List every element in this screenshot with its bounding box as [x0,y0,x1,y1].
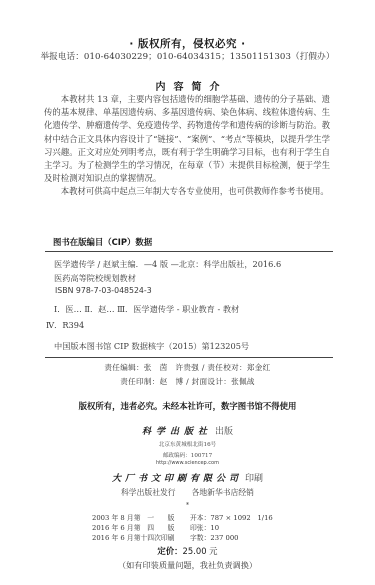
price-value: 25.00 元 [183,546,218,556]
publisher-name: 科学出版社 [142,427,212,437]
staff-editors: 责任编辑：张 茵 许贵强 / 责任校对：郑金红 [0,362,375,373]
staff-production: 责任印制：赵 博 / 封面设计：张佩战 [0,376,375,387]
printer-line: 大厂书文印刷有限公司 印刷 [0,471,375,484]
publisher-line: 科学出版社 出版 [0,424,375,437]
summary-title: 内容简介 [0,78,375,93]
summary-paragraph-2: 本教材可供高中起点三年制大专各专业使用，也可供教师作参考书使用。 [44,185,330,198]
edition-row: 2016 年 6 月第十四次印刷 字数：237 000 [92,532,273,542]
publisher-website: http://www.sciencep.com [0,460,375,466]
edition-date: 2003 年 8 月第 一 版 [92,512,190,522]
edition-date: 2016 年 6 月第十四次印刷 [92,532,190,542]
cip-bibliographic-line: 医学遗传学 / 赵斌主编．—4 版 —北京：科学出版社，2016.6 [54,259,281,270]
edition-spec: 印张：10 [190,522,273,532]
exchange-note: （如有印装质量问题，我社负责调换） [0,560,375,571]
cip-record-number: 中国版本图书馆 CIP 数据核字（2015）第123205号 [54,341,249,352]
report-phone-line: 举报电话：010-64030229；010-64034315；135011513… [0,50,375,62]
edition-spec: 开本：787 × 1092 1/16 [190,512,273,522]
publisher-suffix: 出版 [215,427,233,437]
copyright-notice-title: · 版权所有，侵权必究 · [0,36,375,51]
edition-spec: 字数：237 000 [190,532,273,542]
edition-date: 2016 年 6 月第 四 版 [92,522,190,532]
cip-series-line: 医药高等院校规划教材 [54,273,136,284]
price-line: 定价：25.00 元 [0,545,375,557]
cip-classification: Ⅰ．医… Ⅱ．赵… Ⅲ．医学遗传学 - 职业教育 - 教材 [54,304,239,315]
publisher-postcode: 邮政编码：100717 [0,451,375,459]
cip-bottom-divider [45,357,333,358]
distribution-issuer: 科学出版社发行 [121,488,176,497]
distribution-line: 科学出版社发行各地新华书店经销 [0,487,375,498]
printer-suffix: 印刷 [245,474,263,484]
cip-isbn: ISBN 978-7-03-048524-3 [55,286,152,295]
copyright-warning: 版权所有，违者必究。未经本社许可，数字图书馆不得使用 [0,400,375,412]
cip-heading: 图书在版编目（CIP）数据 [53,236,152,248]
cip-classification-code: Ⅳ．R394 [46,320,84,331]
edition-row: 2016 年 6 月第 四 版 印张：10 [92,522,273,532]
publisher-address: 北京东黄城根北街16号 [0,440,375,448]
separator-asterisk: * [0,502,375,509]
price-label: 定价： [157,546,182,556]
cip-top-divider [45,251,333,252]
distribution-seller: 各地新华书店经销 [192,488,254,497]
edition-row: 2003 年 8 月第 一 版 开本：787 × 1092 1/16 [92,512,273,522]
summary-paragraph-1: 本教材共 13 章，主要内容包括遗传的细胞学基础、遗传的分子基础、遗传的基本规律… [44,93,330,185]
printer-name: 大厂书文印刷有限公司 [112,474,242,484]
summary-body: 本教材共 13 章，主要内容包括遗传的细胞学基础、遗传的分子基础、遗传的基本规律… [44,93,330,199]
edition-info-table: 2003 年 8 月第 一 版 开本：787 × 1092 1/16 2016 … [92,512,273,542]
